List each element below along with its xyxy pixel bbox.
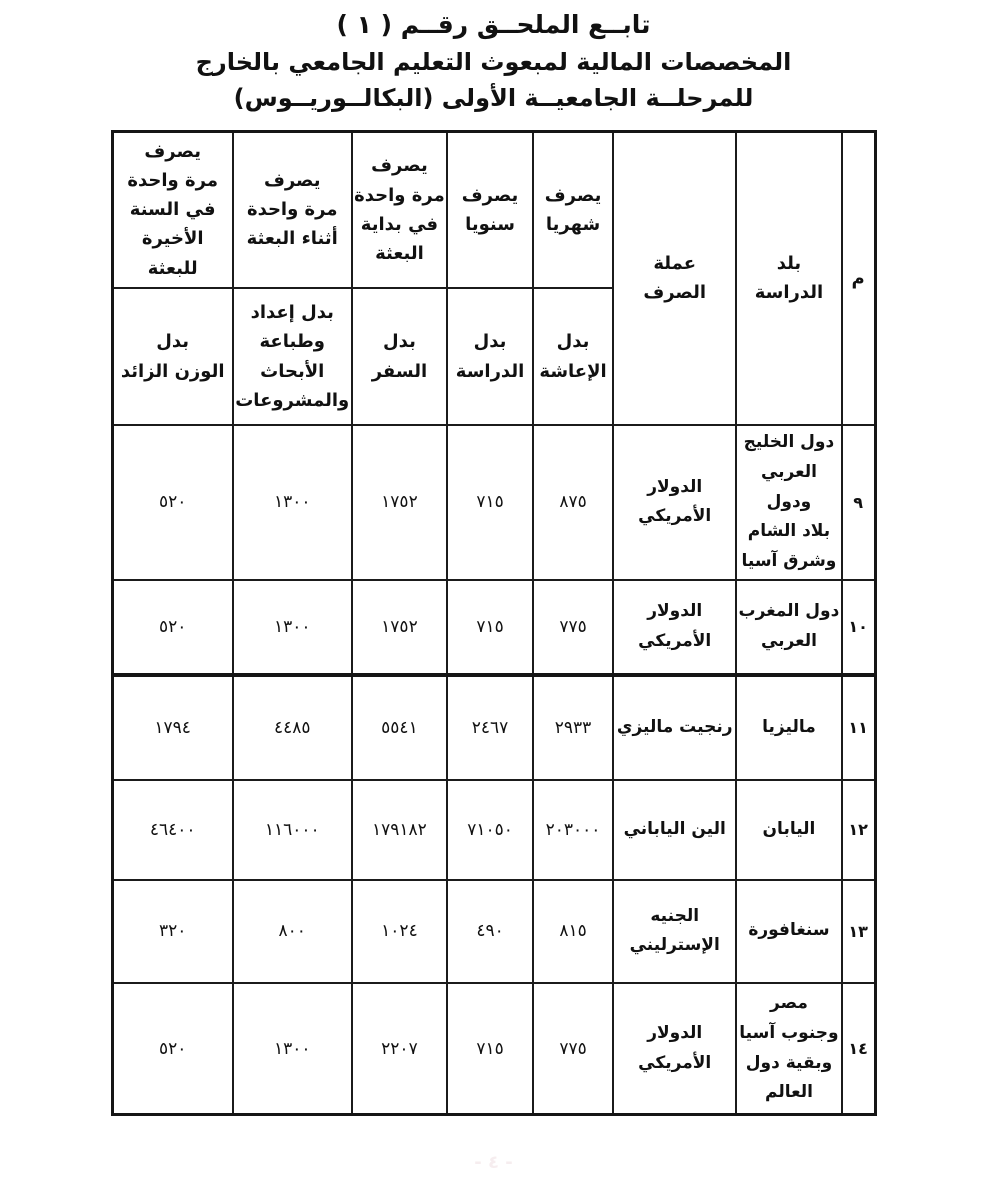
- cell-country: مصر وجنوب آسيا وبقية دول العالم: [736, 983, 842, 1115]
- cell-excess-weight-allowance: ١٧٩٤: [112, 675, 233, 780]
- document-subtitle: للمرحلــة الجامعيــة الأولى (البكالــوري…: [0, 82, 987, 114]
- cell-excess-weight-allowance: ٥٢٠: [112, 425, 233, 580]
- cell-serial: ١١: [842, 675, 875, 780]
- cell-subsistence-allowance: ٧٧٥: [533, 580, 614, 675]
- cell-study-allowance: ٢٤٦٧: [447, 675, 533, 780]
- cell-excess-weight-allowance: ٥٢٠: [112, 580, 233, 675]
- cell-serial: ١٤: [842, 983, 875, 1115]
- header-allowance-excess-weight: بدل الوزن الزائد: [112, 288, 233, 425]
- cell-subsistence-allowance: ٧٧٥: [533, 983, 614, 1115]
- cell-currency: الجنيه الإسترليني: [613, 880, 736, 983]
- cell-travel-allowance: ٥٥٤١: [352, 675, 448, 780]
- cell-research-allowance: ١١٦٠٠٠: [233, 780, 352, 880]
- cell-country: دول المغرب العربي: [736, 580, 842, 675]
- header-frequency-once-start: يصرف مرة واحدة في بداية البعثة: [352, 131, 448, 288]
- cell-country: دول الخليج العربي ودول بلاد الشام وشرق آ…: [736, 425, 842, 580]
- cell-study-allowance: ٧١٠٥٠: [447, 780, 533, 880]
- header-frequency-monthly: يصرف شهريا: [533, 131, 614, 288]
- cell-travel-allowance: ١٧٩١٨٢: [352, 780, 448, 880]
- page-number: - ٤ -: [0, 1152, 987, 1173]
- table-row: ١٠ دول المغرب العربي الدولار الأمريكي ٧٧…: [112, 580, 875, 675]
- header-row-frequency: م بلد الدراسة عملة الصرف يصرف شهريا يصرف…: [112, 131, 875, 288]
- table-row: ١٢ اليابان الين الياباني ٢٠٣٠٠٠ ٧١٠٥٠ ١٧…: [112, 780, 875, 880]
- cell-serial: ١٠: [842, 580, 875, 675]
- cell-research-allowance: ٨٠٠: [233, 880, 352, 983]
- cell-travel-allowance: ١٧٥٢: [352, 580, 448, 675]
- cell-study-allowance: ٤٩٠: [447, 880, 533, 983]
- table-row: ١٤ مصر وجنوب آسيا وبقية دول العالم الدول…: [112, 983, 875, 1115]
- table-row: ٩ دول الخليج العربي ودول بلاد الشام وشرق…: [112, 425, 875, 580]
- header-currency: عملة الصرف: [613, 131, 736, 425]
- header-frequency-annually: يصرف سنويا: [447, 131, 533, 288]
- cell-research-allowance: ١٣٠٠: [233, 425, 352, 580]
- cell-subsistence-allowance: ٨١٥: [533, 880, 614, 983]
- cell-currency: الدولار الأمريكي: [613, 425, 736, 580]
- cell-research-allowance: ٤٤٨٥: [233, 675, 352, 780]
- cell-subsistence-allowance: ٨٧٥: [533, 425, 614, 580]
- cell-study-allowance: ٧١٥: [447, 580, 533, 675]
- table-row: ١١ ماليزيا رنجيت ماليزي ٢٩٣٣ ٢٤٦٧ ٥٥٤١ ٤…: [112, 675, 875, 780]
- allocations-table: م بلد الدراسة عملة الصرف يصرف شهريا يصرف…: [111, 130, 877, 1117]
- header-frequency-once-final-year: يصرف مرة واحدة في السنة الأخيرة للبعثة: [112, 131, 233, 288]
- document-title-block: تابــع الملحــق رقــم ( ١ ) المخصصات الم…: [0, 0, 987, 115]
- cell-excess-weight-allowance: ٤٦٤٠٠: [112, 780, 233, 880]
- header-allowance-travel: بدل السفر: [352, 288, 448, 425]
- header-allowance-research-printing: بدل إعداد وطباعة الأبحاث والمشروعات: [233, 288, 352, 425]
- cell-country: سنغافورة: [736, 880, 842, 983]
- cell-research-allowance: ١٣٠٠: [233, 983, 352, 1115]
- cell-excess-weight-allowance: ٥٢٠: [112, 983, 233, 1115]
- document-page: تابــع الملحــق رقــم ( ١ ) المخصصات الم…: [0, 0, 987, 1195]
- cell-study-allowance: ٧١٥: [447, 425, 533, 580]
- appendix-title: تابــع الملحــق رقــم ( ١ ): [0, 8, 987, 42]
- cell-research-allowance: ١٣٠٠: [233, 580, 352, 675]
- cell-currency: الين الياباني: [613, 780, 736, 880]
- header-allowance-study: بدل الدراسة: [447, 288, 533, 425]
- table-header: م بلد الدراسة عملة الصرف يصرف شهريا يصرف…: [112, 131, 875, 425]
- cell-country: ماليزيا: [736, 675, 842, 780]
- cell-serial: ١٣: [842, 880, 875, 983]
- cell-travel-allowance: ١٧٥٢: [352, 425, 448, 580]
- cell-serial: ٩: [842, 425, 875, 580]
- cell-subsistence-allowance: ٢٩٣٣: [533, 675, 614, 780]
- document-title: المخصصات المالية لمبعوث التعليم الجامعي …: [0, 46, 987, 78]
- cell-travel-allowance: ٢٢٠٧: [352, 983, 448, 1115]
- cell-currency: الدولار الأمريكي: [613, 580, 736, 675]
- cell-serial: ١٢: [842, 780, 875, 880]
- cell-excess-weight-allowance: ٣٢٠: [112, 880, 233, 983]
- cell-study-allowance: ٧١٥: [447, 983, 533, 1115]
- header-allowance-subsistence: بدل الإعاشة: [533, 288, 614, 425]
- cell-currency: الدولار الأمريكي: [613, 983, 736, 1115]
- cell-currency: رنجيت ماليزي: [613, 675, 736, 780]
- cell-country: اليابان: [736, 780, 842, 880]
- cell-travel-allowance: ١٠٢٤: [352, 880, 448, 983]
- cell-subsistence-allowance: ٢٠٣٠٠٠: [533, 780, 614, 880]
- header-serial: م: [842, 131, 875, 425]
- header-frequency-once-during: يصرف مرة واحدة أثناء البعثة: [233, 131, 352, 288]
- table-body: ٩ دول الخليج العربي ودول بلاد الشام وشرق…: [112, 425, 875, 1115]
- table-row: ١٣ سنغافورة الجنيه الإسترليني ٨١٥ ٤٩٠ ١٠…: [112, 880, 875, 983]
- header-country: بلد الدراسة: [736, 131, 842, 425]
